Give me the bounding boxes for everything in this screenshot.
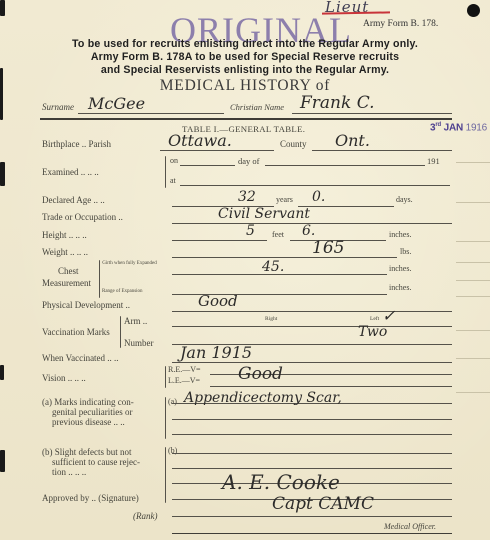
notice-line-1: To be used for recruits enlisting direct… (0, 38, 490, 50)
form-number: Army Form B. 178. (363, 19, 438, 29)
days-label: days. (396, 195, 413, 204)
defects-label-line-2: sufficient to cause rejec- (52, 457, 140, 467)
chest-measurement-label: Measurement (42, 278, 91, 288)
received-date-stamp: 3rd JAN 1916 (430, 122, 487, 133)
girth-label: Girth when fully Expanded (102, 261, 157, 266)
notice-line-2: Army Form B. 178A to be used for Special… (0, 51, 490, 63)
height-inches-label: inches. (389, 230, 411, 239)
chest-label: Chest (58, 266, 79, 276)
examined-on-label: on (170, 156, 178, 165)
vision-right-eye-label: R.E.—V= (168, 365, 201, 374)
declared-age-years-value: 32 (238, 189, 256, 205)
county-label: County (280, 139, 307, 149)
range-of-expansion-label: Range of Expansion (102, 289, 160, 294)
weight-value: 165 (312, 238, 344, 258)
when-vaccinated-value: Jan 1915 (180, 343, 252, 362)
surname-value: McGee (88, 94, 145, 113)
vaccination-left-value: ✓ (382, 306, 395, 325)
christian-name-label: Christian Name (230, 102, 284, 112)
examined-day-of-label: day of (238, 156, 259, 166)
surname-label: Surname (42, 102, 74, 112)
chest-girth-value: 45. (262, 259, 284, 275)
vaccination-right-label: Right (265, 316, 277, 322)
physical-development-label: Physical Development .. (42, 300, 130, 310)
chest-range-unit: inches. (389, 283, 411, 292)
height-label: Height .. .. .. (42, 230, 87, 240)
marks-label-line-3: previous disease .. .. (52, 417, 125, 427)
vision-label: Vision .. .. .. (42, 373, 86, 383)
notice-line-3: and Special Reservists enlisting into th… (0, 64, 490, 76)
defects-label-line-3: tion .. .. .. (52, 467, 86, 477)
binder-mark (0, 0, 5, 16)
page-title: MEDICAL HISTORY of (0, 77, 490, 95)
vaccination-number-value: Two (358, 324, 387, 340)
binder-mark (0, 162, 5, 186)
birthplace-label: Birthplace .. Parish (42, 139, 111, 149)
marks-prefix: (a) (168, 397, 177, 406)
marks-value: Appendicectomy Scar, (184, 390, 342, 406)
declared-age-days-value: 0. (312, 189, 325, 205)
medical-officer-label: Medical Officer. (384, 522, 436, 531)
christian-name-value: Frank C. (300, 93, 375, 113)
vision-left-eye-label: L.E.—V= (168, 376, 200, 385)
approver-rank-value: Capt CAMC (272, 494, 374, 514)
examined-year-label: 191 (427, 156, 440, 166)
punch-hole (467, 4, 480, 17)
vaccination-marks-label: Vaccination Marks (42, 327, 110, 337)
height-feet-value: 5 (246, 223, 255, 239)
feet-label: feet (272, 230, 284, 239)
defects-label-line-1: (b) Slight defects but not (42, 447, 132, 457)
occupation-label: Trade or Occupation .. (42, 212, 123, 222)
examined-label: Examined .. .. .. (42, 167, 99, 177)
declared-age-label: Declared Age .. .. (42, 195, 105, 205)
birthplace-parish-value: Ottawa. (168, 131, 232, 150)
physical-development-value: Good (198, 292, 238, 310)
years-label: years (276, 195, 293, 204)
vaccination-number-label: Number (124, 338, 154, 348)
marks-label-line-1: (a) Marks indicating con- (42, 397, 134, 407)
approved-by-label: Approved by .. (Signature) (42, 493, 139, 503)
examined-at-label: at (170, 176, 176, 185)
weight-label: Weight .. .. .. (42, 247, 88, 257)
rank-label: (Rank) (133, 511, 158, 521)
weight-unit: lbs. (400, 247, 411, 256)
occupation-value: Civil Servant (218, 206, 310, 222)
vaccination-arm-label: Arm .. (124, 316, 147, 326)
vaccination-left-label: Left (370, 316, 379, 322)
vision-value: Good (238, 364, 283, 384)
birthplace-county-value: Ont. (335, 131, 370, 150)
approver-signature: A. E. Cooke (222, 470, 340, 494)
binder-mark (0, 450, 5, 472)
height-inches-value: 6. (302, 223, 315, 239)
when-vaccinated-label: When Vaccinated .. .. (42, 353, 119, 363)
binder-mark (0, 365, 4, 380)
chest-girth-unit: inches. (389, 264, 411, 273)
marks-label-line-2: genital peculiarities or (52, 407, 132, 417)
